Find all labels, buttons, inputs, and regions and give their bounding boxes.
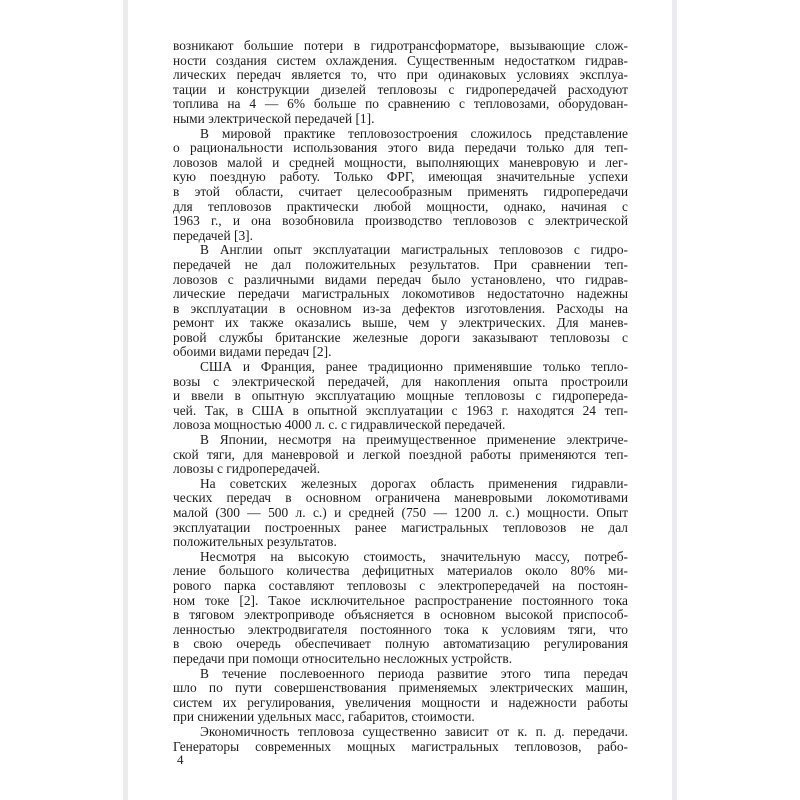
text-line: В течение послевоенного периода развитие… (173, 667, 628, 682)
page-left-edge (123, 0, 128, 800)
text-line: при снижении удельных масс, габаритов, с… (173, 710, 628, 725)
text-line: ными электрической передачей [1]. (173, 112, 628, 127)
text-line: кую поездную работу. Только ФРГ, имеющая… (173, 170, 628, 185)
paragraph: В мировой практике тепловозостроения сло… (173, 127, 628, 244)
text-line: В Японии, несмотря на преимущественное п… (173, 433, 628, 448)
text-line: в этой области, считает целесообразным п… (173, 185, 628, 200)
text-line: в свою очередь обеспечивает полную автом… (173, 637, 628, 652)
text-line: в тяговом электроприводе объясняется в о… (173, 608, 628, 623)
paragraph: США и Франция, ранее традиционно применя… (173, 360, 628, 433)
paragraph: Экономичность тепловоза существенно зави… (173, 725, 628, 754)
text-line: для тепловозов практически любой мощност… (173, 200, 628, 215)
paragraph: возникают большие потери в гидротрансфор… (173, 39, 628, 127)
text-line: лических передач является то, что при од… (173, 68, 628, 83)
text-line: США и Франция, ранее традиционно применя… (173, 360, 628, 375)
page-body-text: возникают большие потери в гидротрансфор… (173, 39, 628, 754)
text-line: В мировой практике тепловозостроения сло… (173, 127, 628, 142)
text-line: шло по пути совершенствования применяемы… (173, 681, 628, 696)
text-line: ремонт их также оказались выше, чем у эл… (173, 316, 628, 331)
text-line: ном токе [2]. Такое исключительное распр… (173, 594, 628, 609)
text-line: малой (300 — 500 л. с.) и средней (750 —… (173, 506, 628, 521)
text-line: ской тяги, для маневровой и легкой поезд… (173, 448, 628, 463)
text-line: ческих передач в основном ограничена ман… (173, 491, 628, 506)
text-line: ловоза мощностью 4000 л. с. с гидравличе… (173, 418, 628, 433)
text-line: Экономичность тепловоза существенно зави… (173, 725, 628, 740)
text-line: обоими видами передач [2]. (173, 345, 628, 360)
text-line: систем их регулирования, увеличения мощн… (173, 696, 628, 711)
text-line: лические передачи магистральных локомоти… (173, 287, 628, 302)
text-line: Несмотря на высокую стоимость, значитель… (173, 550, 628, 565)
text-line: в эксплуатации в основном из-за дефектов… (173, 302, 628, 317)
text-line: ровой службы британские железные дороги … (173, 331, 628, 346)
page-number: 4 (177, 752, 184, 768)
text-line: ловозов с различными видами передач было… (173, 273, 628, 288)
text-line: положительных результатов. (173, 535, 628, 550)
text-line: передачей [3]. (173, 229, 628, 244)
text-line: передачей не дал положительных результат… (173, 258, 628, 273)
text-line: возы с электрической передачей, для нако… (173, 375, 628, 390)
text-line: 1963 г., и она возобновила производство … (173, 214, 628, 229)
paragraph: В Японии, несмотря на преимущественное п… (173, 433, 628, 477)
text-line: На советских железных дорогах область пр… (173, 477, 628, 492)
page-right-edge (672, 0, 677, 800)
text-line: и ввели в опытную эксплуатацию мощные те… (173, 389, 628, 404)
text-line: эксплуатации построенных ранее магистрал… (173, 521, 628, 536)
text-line: ленностью электродвигателя постоянного т… (173, 623, 628, 638)
paragraph: Несмотря на высокую стоимость, значитель… (173, 550, 628, 667)
text-line: чей. Так, в США в опытной эксплуатации с… (173, 404, 628, 419)
paragraph: В Англии опыт эксплуатации магистральных… (173, 243, 628, 360)
text-line: ности создания систем охлаждения. Сущест… (173, 54, 628, 69)
text-line: ление большого количества дефицитных мат… (173, 564, 628, 579)
text-line: ловозы с гидропередачей. (173, 462, 628, 477)
text-line: ловозов малой и средней мощности, выполн… (173, 156, 628, 171)
text-line: возникают большие потери в гидротрансфор… (173, 39, 628, 54)
paragraph: На советских железных дорогах область пр… (173, 477, 628, 550)
text-line: рового парка составляют тепловозы с элек… (173, 579, 628, 594)
text-line: Генераторы современных мощных магистраль… (173, 740, 628, 755)
text-line: тации и конструкции дизелей тепловозы с … (173, 83, 628, 98)
paragraph: В течение послевоенного периода развитие… (173, 667, 628, 725)
text-line: В Англии опыт эксплуатации магистральных… (173, 243, 628, 258)
text-line: о рациональности использования этого вид… (173, 141, 628, 156)
text-line: топлива на 4 — 6% больше по сравнению с … (173, 97, 628, 112)
text-line: передачи при помощи относительно несложн… (173, 652, 628, 667)
